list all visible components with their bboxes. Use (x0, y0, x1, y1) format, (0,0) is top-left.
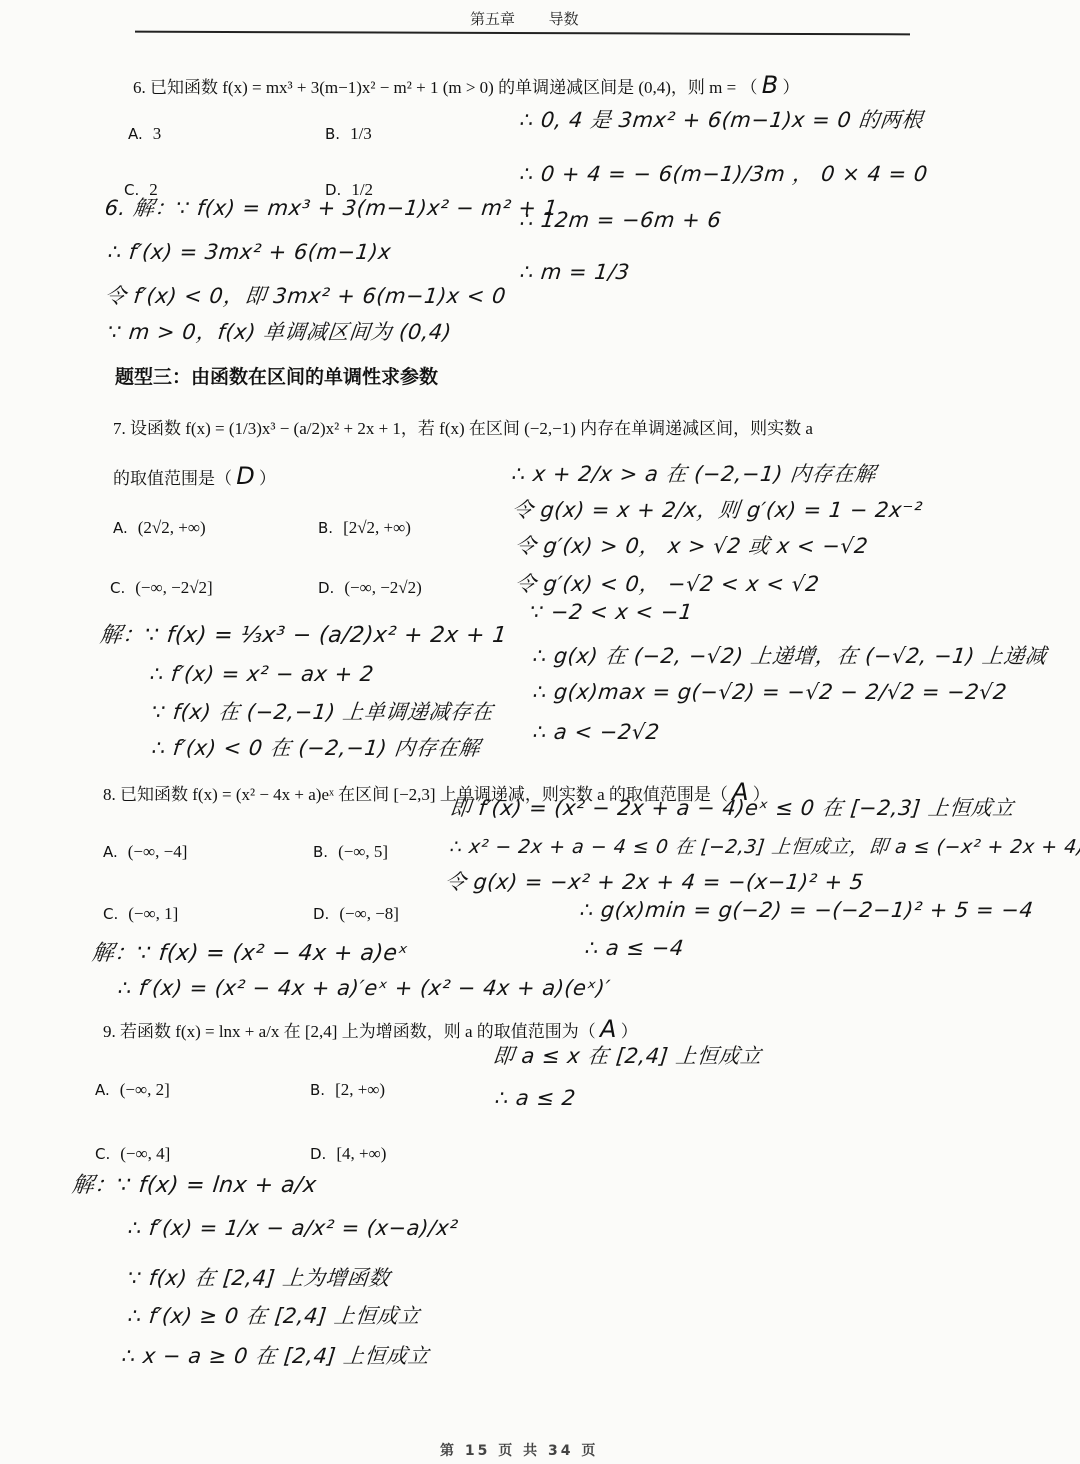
q7-solution-left-4: ∴ f′(x) < 0 在 (−2,−1) 内存在解 (150, 732, 481, 762)
q9-solution-left-4: ∴ f′(x) ≥ 0 在 [2,4] 上恒成立 (126, 1300, 421, 1330)
option-label: C. (110, 579, 125, 597)
option-a: A.3 (128, 124, 161, 144)
q6-solution-right-1: ∴ 0, 4 是 3mx² + 6(m−1)x = 0 的两根 (518, 104, 924, 134)
option-label: A. (113, 519, 128, 537)
q7-solution-right-2: 令 g(x) = x + 2/x，则 g′(x) = 1 − 2x⁻² (510, 494, 924, 524)
option-value: 3 (153, 124, 162, 143)
option-c: C.(−∞, 4] (95, 1144, 170, 1164)
q8-solution-left-1: 解：∵ f(x) = (x² − 4x + a)eˣ (90, 936, 409, 967)
option-value: [4, +∞) (336, 1144, 386, 1163)
option-value: (−∞, −8] (339, 904, 399, 923)
option-label: B. (310, 1081, 325, 1099)
handwritten-answer: B (762, 71, 778, 99)
q6-solution-right-3: ∴ 12m = −6m + 6 (519, 208, 723, 232)
q9-solution-left-5: ∴ x − a ≥ 0 在 [2,4] 上恒成立 (120, 1340, 431, 1370)
option-value: 1/3 (350, 124, 372, 143)
option-value: [2, +∞) (335, 1080, 385, 1099)
question-text: 已知函数 f(x) = mx³ + 3(m−1)x² − m² + 1 (m >… (150, 78, 757, 97)
handwritten-answer: A (600, 1015, 616, 1043)
option-label: A. (103, 843, 118, 861)
question-7-stem: 7. 设函数 f(x) = (1/3)x³ − (a/2)x² + 2x + 1… (113, 414, 813, 439)
option-value: (−∞, −4] (128, 842, 188, 861)
option-label: B. (318, 519, 333, 537)
option-d: D.(−∞, −2√2) (318, 578, 422, 598)
q6-solution-left-3: 令 f′(x) < 0，即 3mx² + 6(m−1)x < 0 (103, 280, 507, 310)
option-label: A. (95, 1081, 110, 1099)
q7-solution-right-7: ∴ g(x)max = g(−√2) = −√2 − 2/√2 = −2√2 (532, 680, 1009, 704)
question-number: 7. (113, 419, 126, 438)
q6-solution-right-2: ∴ 0 + 4 = − 6(m−1)/3m ， 0 × 4 = 0 (518, 158, 929, 188)
question-7-stem-line2: 的取值范围是（ D ） (113, 462, 276, 490)
q8-solution-right-1: 即 f′(x) = (x² − 2x + a − 4)eˣ ≤ 0 在 [−2,… (448, 792, 1015, 822)
q8-solution-left-2: ∴ f′(x) = (x² − 4x + a)′eˣ + (x² − 4x + … (117, 976, 612, 1000)
q7-solution-right-4: 令 g′(x) < 0， −√2 < x < √2 (513, 568, 821, 598)
option-label: D. (310, 1145, 326, 1163)
option-label: D. (318, 579, 334, 597)
option-value: (−∞, 5] (338, 842, 388, 861)
option-label: B. (313, 843, 328, 861)
chapter-header: 第五章 导数 (470, 8, 579, 29)
q9-solution-left-1: 解：∵ f(x) = lnx + a/x (70, 1168, 318, 1199)
option-label: B. (325, 125, 340, 143)
paren-close: ） (621, 1022, 638, 1041)
page-footer: 第 15 页 共 34 页 (440, 1440, 598, 1460)
question-number: 9. (103, 1022, 116, 1041)
q6-solution-right-4: ∴ m = 1/3 (519, 260, 631, 284)
q7-solution-right-8: ∴ a < −2√2 (532, 720, 661, 744)
question-text: 的取值范围是（ (113, 469, 232, 488)
option-d: D.[4, +∞) (310, 1144, 386, 1164)
option-b: B.(−∞, 5] (313, 842, 388, 862)
option-label: C. (95, 1145, 110, 1163)
option-a: A.(−∞, −4] (103, 842, 187, 862)
option-value: (−∞, −2√2] (135, 578, 212, 597)
option-value: (−∞, 4] (120, 1144, 170, 1163)
q9-solution-right-2: ∴ a ≤ 2 (494, 1086, 577, 1110)
option-c: C.(−∞, −2√2] (110, 578, 213, 598)
header-rule (135, 31, 910, 36)
question-number: 6. (133, 78, 146, 97)
section-heading: 题型三：由函数在区间的单调性求参数 (115, 362, 438, 389)
option-value: (−∞, −2√2) (344, 578, 421, 597)
q7-solution-left-1: 解：∵ f(x) = ⅓x³ − (a/2)x² + 2x + 1 (98, 618, 508, 649)
paren-close: ） (259, 469, 276, 488)
question-number: 8. (103, 785, 116, 804)
q7-solution-left-2: ∴ f′(x) = x² − ax + 2 (149, 662, 375, 686)
q8-solution-right-4: ∴ g(x)min = g(−2) = −(−2−1)² + 5 = −4 (579, 898, 1035, 922)
option-value: (2√2, +∞) (138, 518, 206, 537)
option-value: (−∞, 2] (120, 1080, 170, 1099)
q8-solution-right-3: 令 g(x) = −x² + 2x + 4 = −(x−1)² + 5 (443, 866, 865, 896)
q7-solution-right-3: 令 g′(x) > 0， x > √2 或 x < −√2 (513, 530, 869, 560)
handwritten-answer: D (236, 462, 254, 490)
option-b: B.[2√2, +∞) (318, 518, 411, 538)
q7-solution-right-1: ∴ x + 2/x > a 在 (−2,−1) 内存在解 (510, 458, 877, 488)
paren-close: ） (782, 78, 799, 97)
question-6-stem: 6. 已知函数 f(x) = mx³ + 3(m−1)x² − m² + 1 (… (133, 71, 799, 99)
chapter-label: 第五章 (470, 10, 515, 28)
q8-solution-right-5: ∴ a ≤ −4 (584, 936, 685, 960)
q6-solution-left-4: ∵ m > 0，f(x) 单调减区间为 (0,4) (106, 316, 453, 346)
q7-solution-left-3: ∵ f(x) 在 (−2,−1) 上单调递减存在 (150, 696, 494, 726)
option-a: A.(−∞, 2] (95, 1080, 170, 1100)
option-label: A. (128, 125, 143, 143)
option-value: [2√2, +∞) (343, 518, 411, 537)
option-label: D. (313, 905, 329, 923)
option-c: C.(−∞, 1] (103, 904, 178, 924)
q8-solution-right-2: ∴ x² − 2x + a − 4 ≤ 0 在 [−2,3] 上恒成立，即 a … (449, 832, 1080, 859)
chapter-title: 导数 (549, 10, 579, 28)
q6-solution-left-1: 6. 解：∵ f(x) = mx³ + 3(m−1)x² − m² + 1 (103, 192, 559, 222)
option-a: A.(2√2, +∞) (113, 518, 206, 538)
option-d: D.(−∞, −8] (313, 904, 399, 924)
option-b: B.[2, +∞) (310, 1080, 385, 1100)
question-text: 设函数 f(x) = (1/3)x³ − (a/2)x² + 2x + 1，若 … (130, 419, 813, 438)
q7-solution-right-6: ∴ g(x) 在 (−2, −√2) 上递增，在 (−√2, −1) 上递减 (531, 640, 1048, 670)
q9-solution-right-1: 即 a ≤ x 在 [2,4] 上恒成立 (491, 1040, 763, 1070)
q9-solution-left-2: ∴ f′(x) = 1/x − a/x² = (x−a)/x² (127, 1216, 460, 1240)
question-text: 若函数 f(x) = lnx + a/x 在 [2,4] 上为增函数，则 a 的… (120, 1022, 596, 1041)
question-9-stem: 9. 若函数 f(x) = lnx + a/x 在 [2,4] 上为增函数，则 … (103, 1015, 638, 1043)
q6-solution-left-2: ∴ f′(x) = 3mx² + 6(m−1)x (107, 240, 393, 264)
option-b: B.1/3 (325, 124, 372, 144)
option-value: (−∞, 1] (128, 904, 178, 923)
option-label: C. (103, 905, 118, 923)
q9-solution-left-3: ∵ f(x) 在 [2,4] 上为增函数 (126, 1262, 391, 1292)
q7-solution-right-5: ∵ −2 < x < −1 (529, 600, 694, 624)
